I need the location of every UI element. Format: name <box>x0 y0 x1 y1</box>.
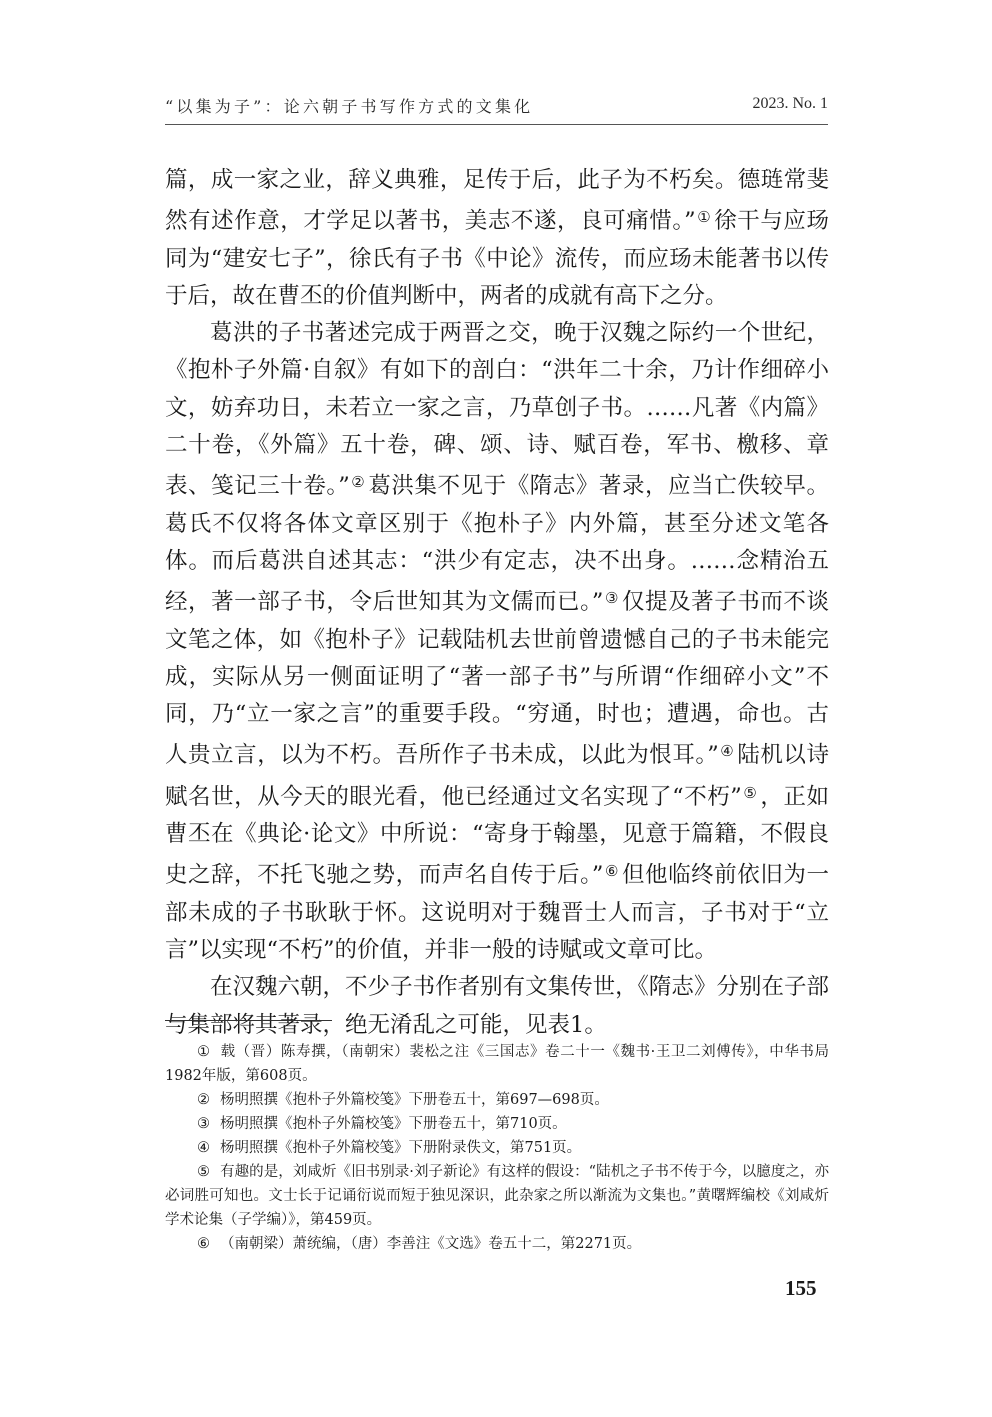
running-header-title: “以集为子”：论六朝子书写作方式的文集化 <box>165 94 533 117</box>
body-text: 篇，成一家之业，辞义典雅，足传于后，此子为不朽矣。德琏常斐然有述作意，才学足以著… <box>165 162 829 1044</box>
footnote-mark: ① <box>197 1044 211 1060</box>
footnote-reference[interactable]: ② <box>351 473 366 491</box>
footnote-mark: ⑤ <box>197 1164 210 1180</box>
footnote: ②杨明照撰《抱朴子外篇校笺》下册卷五十，第697—698页。 <box>165 1088 829 1112</box>
footnote: ⑤有趣的是，刘咸炘《旧书别录·刘子新论》有这样的假设：“陆机之子书不传于今，以臆… <box>165 1160 829 1232</box>
footnote: ①载（晋）陈寿撰，（南朝宋）裴松之注《三国志》卷二十一《魏书·王卫二刘傅传》，中… <box>165 1040 829 1088</box>
footnote: ④杨明照撰《抱朴子外篇校笺》下册附录佚文，第751页。 <box>165 1136 829 1160</box>
footnote: ⑥（南朝梁）萧统编，（唐）李善注《文选》卷五十二，第2271页。 <box>165 1232 829 1256</box>
footnote-text: 载（晋）陈寿撰，（南朝宋）裴松之注《三国志》卷二十一《魏书·王卫二刘傅传》，中华… <box>165 1044 829 1084</box>
footnote-mark: ② <box>197 1092 210 1108</box>
body-paragraph: 在汉魏六朝，不少子书作者别有文集传世，《隋志》分别在子部与集部将其著录，绝无淆乱… <box>165 969 829 1044</box>
footnote-text: 杨明照撰《抱朴子外篇校笺》下册附录佚文，第751页。 <box>220 1140 581 1156</box>
footnote-text: 杨明照撰《抱朴子外篇校笺》下册卷五十，第697—698页。 <box>220 1092 609 1108</box>
footnote: ③杨明照撰《抱朴子外篇校笺》下册卷五十，第710页。 <box>165 1112 829 1136</box>
footnote-text: 有趣的是，刘咸炘《旧书别录·刘子新论》有这样的假设：“陆机之子书不传于今，以臆度… <box>165 1164 829 1228</box>
body-paragraph: 葛洪的子书著述完成于两晋之交，晚于汉魏之际约一个世纪，《抱朴子外篇·自叙》有如下… <box>165 315 829 969</box>
footnote-text: 杨明照撰《抱朴子外篇校笺》下册卷五十，第710页。 <box>220 1116 567 1132</box>
footnote-mark: ④ <box>197 1140 210 1156</box>
footnote-text: （南朝梁）萧统编，（唐）李善注《文选》卷五十二，第2271页。 <box>220 1236 641 1252</box>
footnotes: ①载（晋）陈寿撰，（南朝宋）裴松之注《三国志》卷二十一《魏书·王卫二刘傅传》，中… <box>165 1040 829 1256</box>
footnote-reference[interactable]: ③ <box>604 589 619 607</box>
body-paragraph: 篇，成一家之业，辞义典雅，足传于后，此子为不朽矣。德琏常斐然有述作意，才学足以著… <box>165 162 829 315</box>
header-rule <box>165 124 828 125</box>
footnote-mark: ③ <box>197 1116 210 1132</box>
footnote-mark: ⑥ <box>197 1236 210 1252</box>
issue-label: 2023. No. 1 <box>752 95 828 113</box>
paragraph-text: 在汉魏六朝，不少子书作者别有文集传世，《隋志》分别在子部与集部将其著录，绝无淆乱… <box>165 974 829 1037</box>
footnote-separator <box>165 1020 332 1021</box>
running-header: “以集为子”：论六朝子书写作方式的文集化 2023. No. 1 <box>165 94 828 124</box>
footnote-reference[interactable]: ④ <box>720 742 735 760</box>
footnote-reference[interactable]: ① <box>697 208 712 226</box>
footnote-reference[interactable]: ⑥ <box>604 862 619 880</box>
page-number: 155 <box>785 1276 817 1301</box>
footnote-reference[interactable]: ⑤ <box>743 784 758 802</box>
